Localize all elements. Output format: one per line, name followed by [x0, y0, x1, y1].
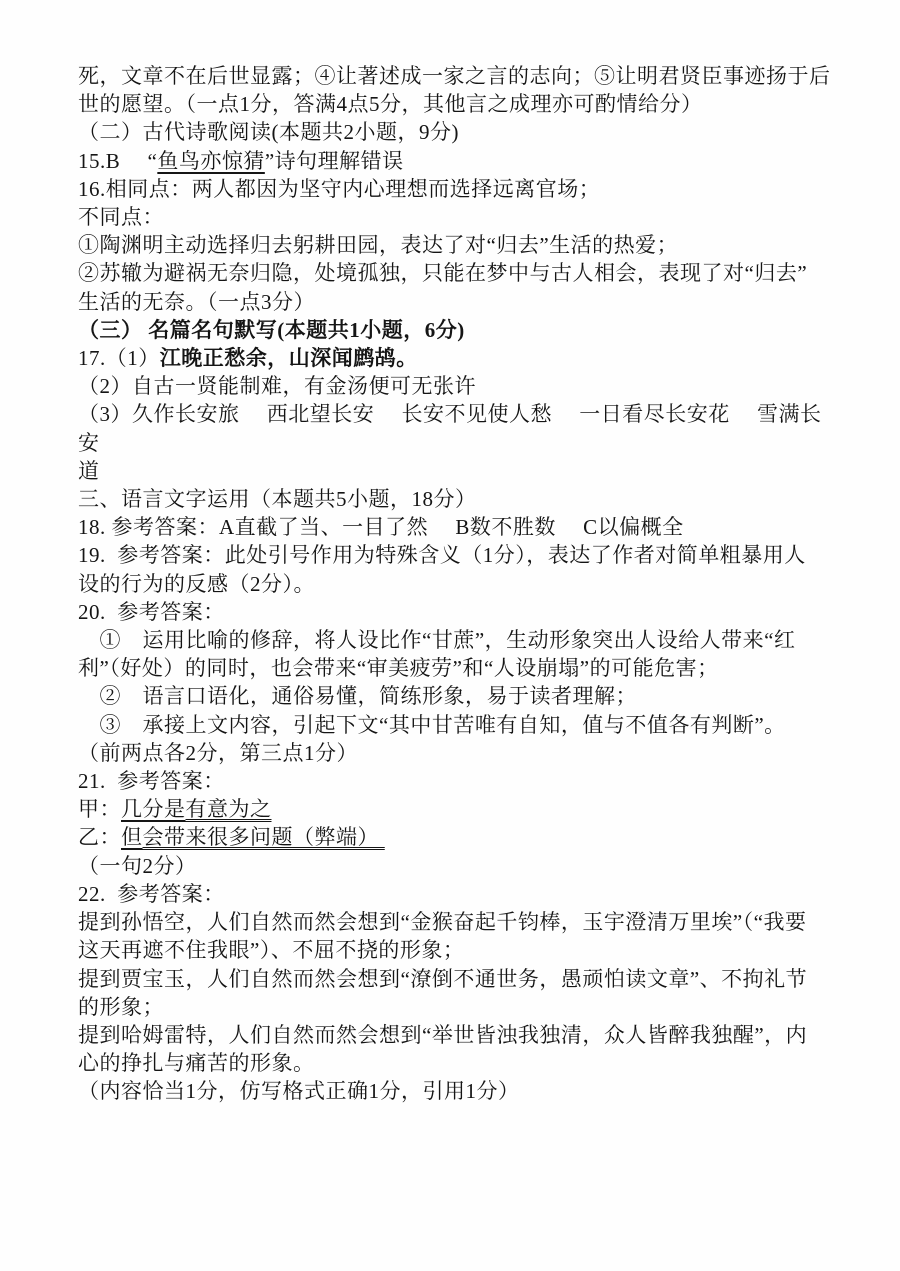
text-line: 提到哈姆雷特，人们自然而然会想到“举世皆浊我独清，众人皆醉我独醒”，内	[78, 1021, 842, 1049]
text-line: 提到贾宝玉，人们自然而然会想到“潦倒不通世务，愚顽怕读文章”、不拘礼节	[78, 965, 842, 993]
document-page: 死，文章不在后世显露；④让著述成一家之言的志向；⑤让明君贤臣事迹扬于后 世的愿望…	[0, 0, 900, 1271]
text-line: （前两点各2分，第三点1分）	[78, 739, 842, 767]
section-2-heading: （二）古代诗歌阅读(本题共2小题，9分)	[78, 118, 842, 146]
answer-15-suffix: ”诗句理解错误	[265, 149, 404, 173]
answer-21-yi: 乙：但会带来很多问题（弊端）	[78, 823, 842, 851]
text-line: 心的挣扎与痛苦的形象。	[78, 1049, 842, 1077]
answer-line-22: 22. 参考答案：	[78, 880, 842, 908]
answer-17-1-prefix: 17.（1）	[78, 346, 160, 370]
text-line: ①陶渊明主动选择归去躬耕田园，表达了对“归去”生活的热爱；	[78, 231, 842, 259]
answer-21-yi-double-underlined: 会带来很多问题（弊端）	[143, 825, 385, 849]
answer-21-jia-underlined: 几分是	[121, 797, 186, 821]
answer-15-underlined-quote: 鱼鸟亦惊猜	[157, 149, 265, 173]
text-line: 道	[78, 457, 842, 485]
answer-line-15: 15.B “鱼鸟亦惊猜”诗句理解错误	[78, 147, 842, 175]
answer-line-21: 21. 参考答案：	[78, 767, 842, 795]
text-line: （一句2分）	[78, 852, 842, 880]
text-line: （内容恰当1分，仿写格式正确1分，引用1分）	[78, 1077, 842, 1105]
text-line: 提到孙悟空，人们自然而然会想到“金猴奋起千钧棒，玉宇澄清万里埃”（“我要	[78, 908, 842, 936]
answer-line-17-3: （3）久作长安旅 西北望长安 长安不见使人愁 一日看尽长安花 雪满长安	[78, 400, 842, 456]
answer-15-prefix: 15.B “	[78, 149, 157, 173]
answer-21-yi-underlined: 但	[121, 825, 143, 849]
text-line: 世的愿望。（一点1分，答满4点5分，其他言之成理亦可酌情给分）	[78, 90, 842, 118]
text-line: 死，文章不在后世显露；④让著述成一家之言的志向；⑤让明君贤臣事迹扬于后	[78, 62, 842, 90]
text-line: ① 运用比喻的修辞，将人设比作“甘蔗”，生动形象突出人设给人带来“红	[78, 626, 842, 654]
answer-21-jia-double-underlined: 有意为之	[186, 797, 272, 821]
text-line: 的形象；	[78, 993, 842, 1021]
answer-line-19: 19. 参考答案：此处引号作用为特殊含义（1分），表达了作者对简单粗暴用人	[78, 541, 842, 569]
answer-21-yi-label: 乙：	[78, 825, 121, 849]
answer-line-18: 18. 参考答案：A直截了当、一目了然 B数不胜数 C以偏概全	[78, 513, 842, 541]
text-line: 不同点：	[78, 203, 842, 231]
text-line: ② 语言口语化，通俗易懂，简练形象，易于读者理解；	[78, 682, 842, 710]
section-language-use-heading: 三、语言文字运用（本题共5小题，18分）	[78, 485, 842, 513]
answer-line-16: 16.相同点：两人都因为坚守内心理想而选择远离官场；	[78, 175, 842, 203]
text-line: 设的行为的反感（2分）。	[78, 570, 842, 598]
text-line: ②苏辙为避祸无奈归隐，处境孤独，只能在梦中与古人相会，表现了对“归去”	[78, 259, 842, 287]
answer-17-1-bold-answer: 江晚正愁余，山深闻鹧鸪。	[160, 346, 418, 370]
text-line: ③ 承接上文内容，引起下文“其中甘苦唯有自知，值与不值各有判断”。	[78, 711, 842, 739]
answer-line-17-2: （2）自古一贤能制难，有金汤便可无张许	[78, 372, 842, 400]
text-line: 生活的无奈。（一点3分）	[78, 288, 842, 316]
section-3-heading: （三） 名篇名句默写(本题共1小题，6分)	[78, 316, 842, 344]
answer-line-20: 20. 参考答案：	[78, 598, 842, 626]
answer-line-17-1: 17.（1）江晚正愁余，山深闻鹧鸪。	[78, 344, 842, 372]
answer-21-jia: 甲：几分是有意为之	[78, 795, 842, 823]
text-line: 利”（好处）的同时，也会带来“审美疲劳”和“人设崩塌”的可能危害；	[78, 654, 842, 682]
answer-21-jia-label: 甲：	[78, 797, 121, 821]
text-line: 这天再遮不住我眼”）、不屈不挠的形象；	[78, 936, 842, 964]
